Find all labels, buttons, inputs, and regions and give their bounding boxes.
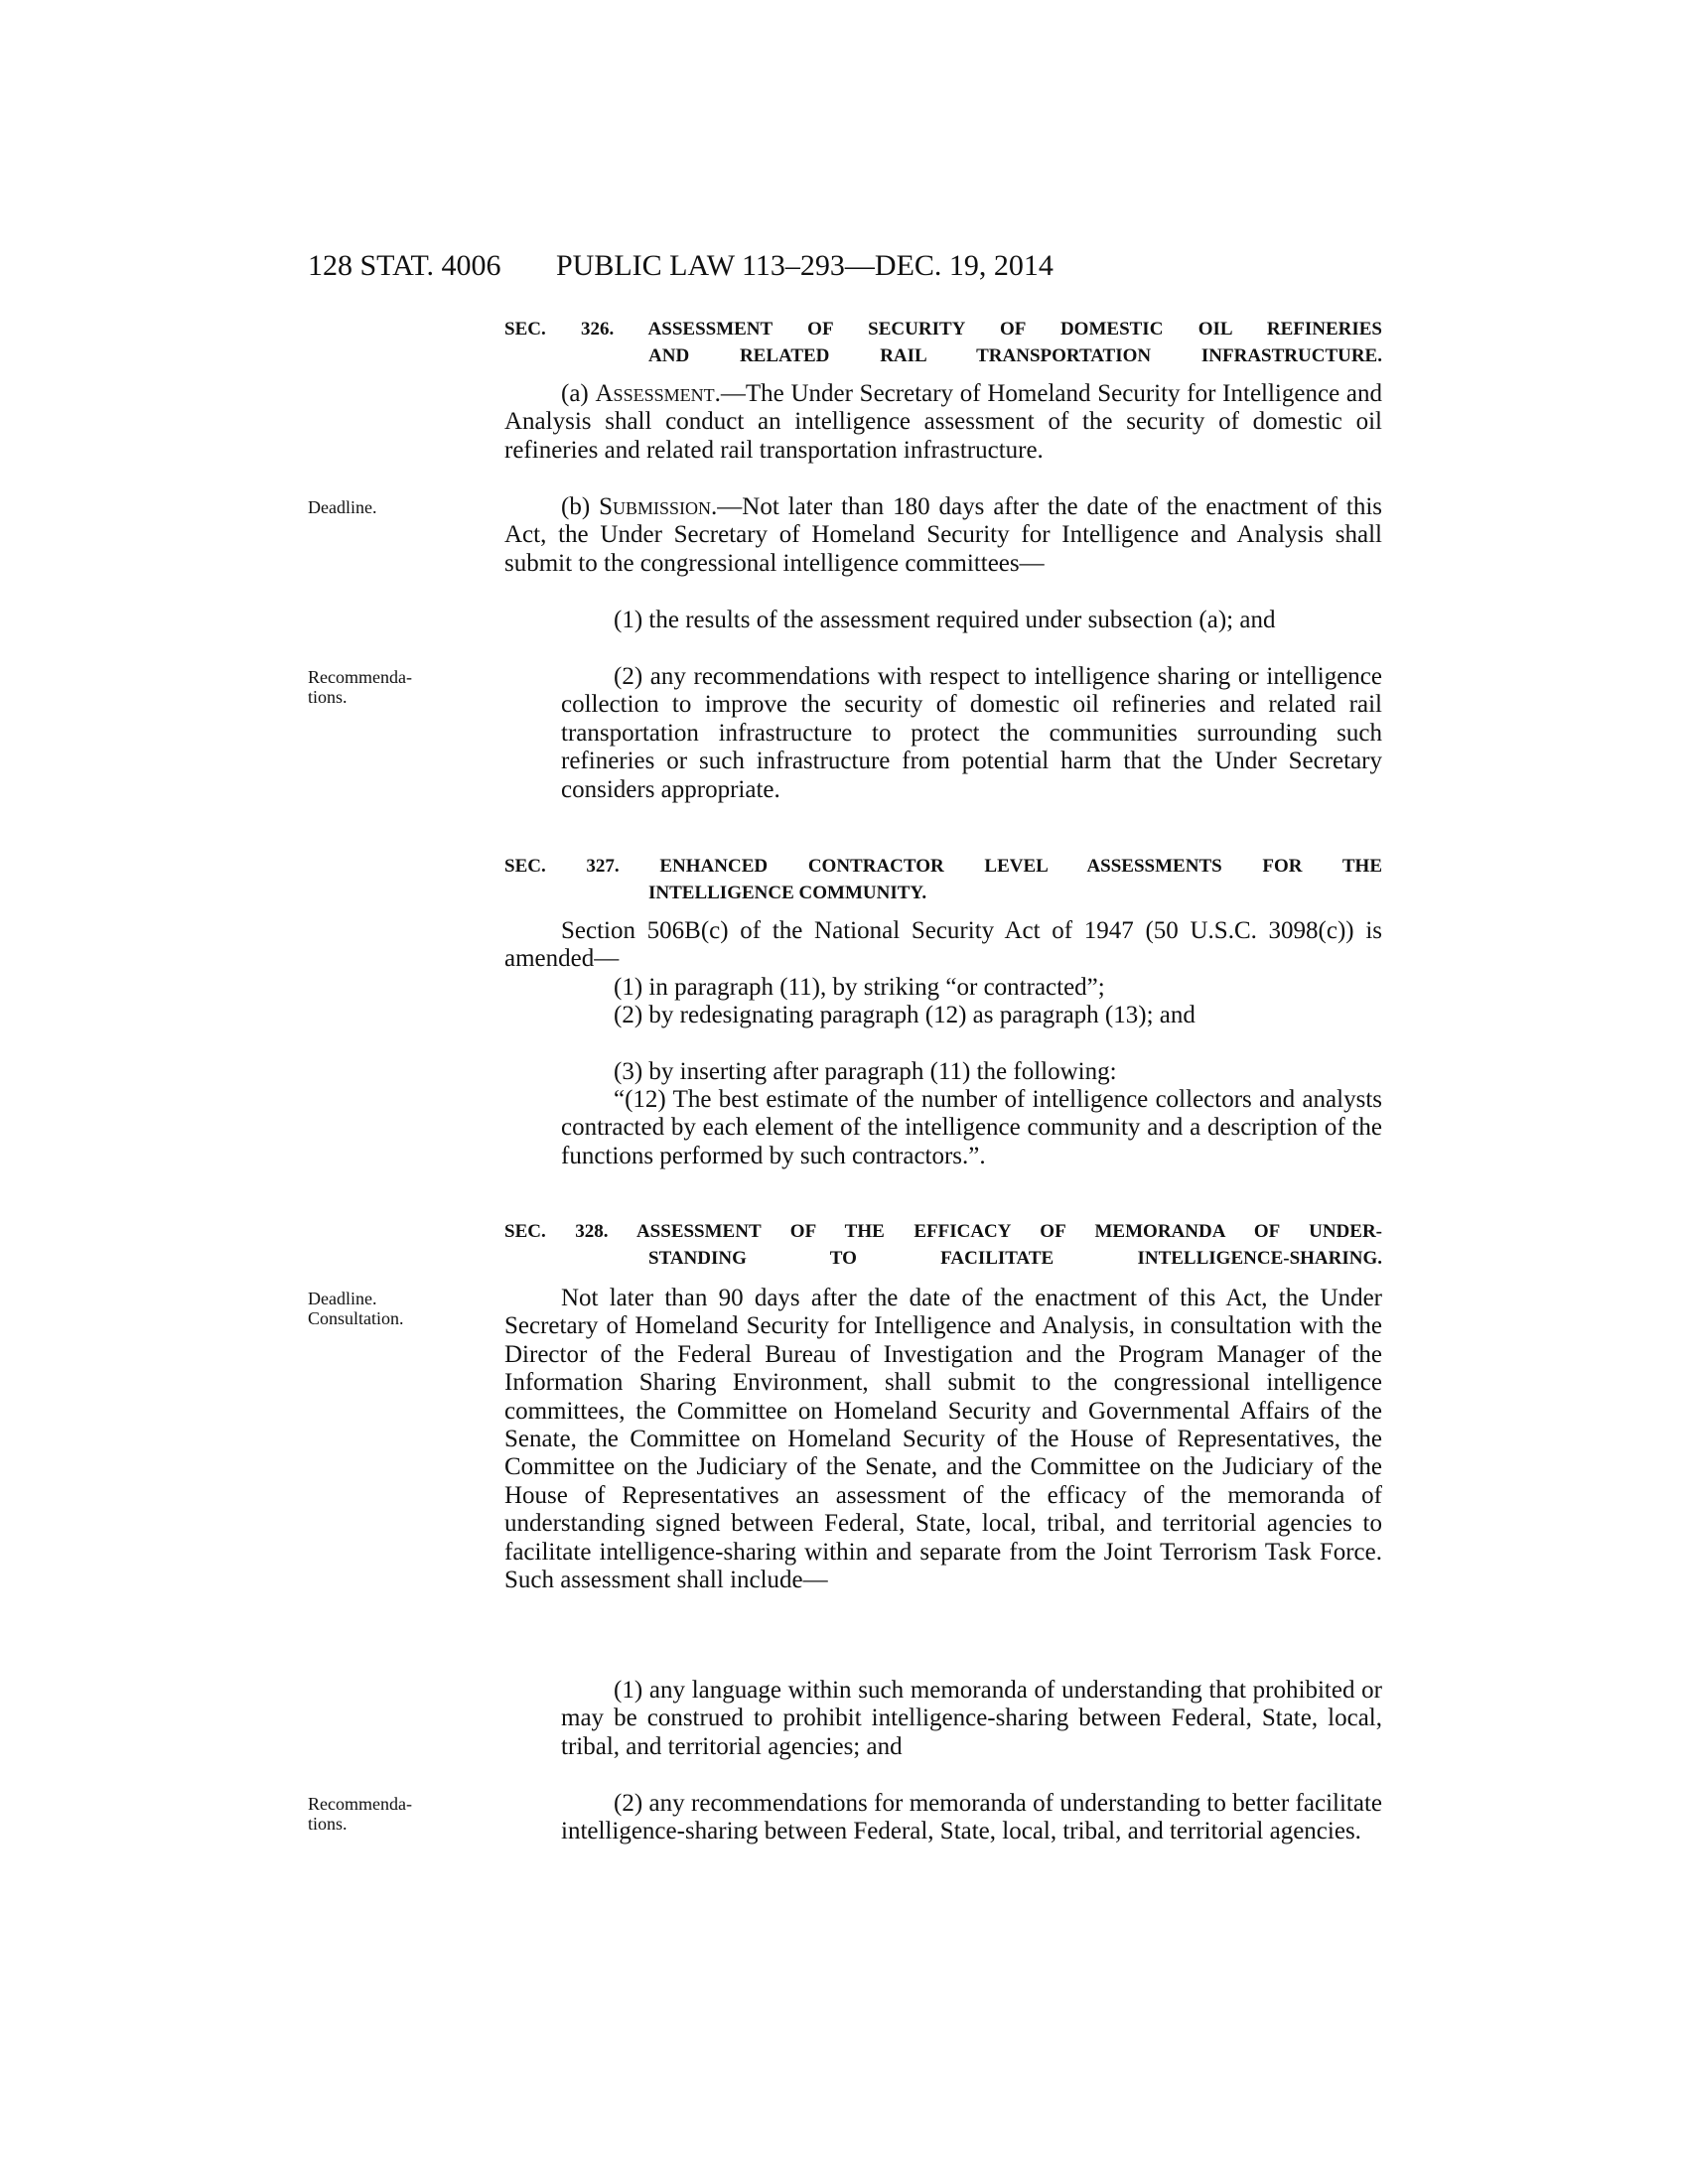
section-327-item-3: (3) by inserting after paragraph (11) th…	[561, 1058, 1382, 1086]
section-327-item-1: (1) in paragraph (11), by striking “or c…	[561, 974, 1382, 1002]
margin-note-line: tions.	[308, 687, 457, 707]
margin-note-deadline: Deadline.	[308, 497, 457, 517]
margin-note-line: Consultation.	[308, 1308, 457, 1328]
section-heading-line: AND RELATED RAIL TRANSPORTATION INFRASTR…	[504, 342, 1382, 369]
margin-note-line: tions.	[308, 1814, 457, 1834]
subsection-a-assessment: (a) Assessment.—The Under Secretary of H…	[504, 380, 1382, 465]
section-327-item-2: (2) by redesignating paragraph (12) as p…	[561, 1002, 1382, 1029]
subsection-label: (b)	[561, 493, 590, 520]
subsection-b-submission: (b) Submission.—Not later than 180 days …	[504, 493, 1382, 578]
section-328-item-2: (2) any recommendations for memoranda of…	[561, 1790, 1382, 1846]
section-327-inserted-paragraph-12: “(12) The best estimate of the number of…	[561, 1086, 1382, 1170]
section-heading-326: SEC. 326. ASSESSMENT OF SECURITY OF DOME…	[504, 316, 1382, 369]
section-heading-line: INTELLIGENCE COMMUNITY.	[504, 880, 1382, 906]
section-328-body: Not later than 90 days after the date of…	[504, 1285, 1382, 1594]
margin-note-recommendations: Recommenda- tions.	[308, 667, 457, 707]
stat-page-reference: 128 STAT. 4006	[308, 248, 501, 284]
section-327-intro: Section 506B(c) of the National Security…	[504, 917, 1382, 974]
margin-note-recommendations: Recommenda- tions.	[308, 1794, 457, 1834]
section-heading-line: SEC. 328. ASSESSMENT OF THE EFFICACY OF …	[504, 1218, 1382, 1245]
section-heading-line: SEC. 326. ASSESSMENT OF SECURITY OF DOME…	[504, 316, 1382, 342]
section-heading-327: SEC. 327. ENHANCED CONTRACTOR LEVEL ASSE…	[504, 853, 1382, 906]
section-heading-line: SEC. 327. ENHANCED CONTRACTOR LEVEL ASSE…	[504, 853, 1382, 880]
section-heading-328: SEC. 328. ASSESSMENT OF THE EFFICACY OF …	[504, 1218, 1382, 1272]
paragraph-b-1: (1) the results of the assessment requir…	[561, 607, 1382, 634]
subsection-caption: Assessment.	[596, 380, 721, 407]
public-law-reference: PUBLIC LAW 113–293—DEC. 19, 2014	[556, 248, 1054, 284]
margin-note-line: Deadline.	[308, 497, 457, 517]
margin-note-line: Recommenda-	[308, 1794, 457, 1814]
section-heading-line: STANDING TO FACILITATE INTELLIGENCE-SHAR…	[504, 1245, 1382, 1272]
subsection-label: (a)	[561, 380, 589, 407]
margin-note-line: Recommenda-	[308, 667, 457, 687]
section-328-item-1: (1) any language within such memoranda o…	[561, 1677, 1382, 1761]
subsection-caption: Submission.	[599, 493, 717, 520]
paragraph-b-2: (2) any recommendations with respect to …	[561, 663, 1382, 804]
margin-note-deadline-consultation: Deadline. Consultation.	[308, 1289, 457, 1328]
margin-note-line: Deadline.	[308, 1289, 457, 1308]
